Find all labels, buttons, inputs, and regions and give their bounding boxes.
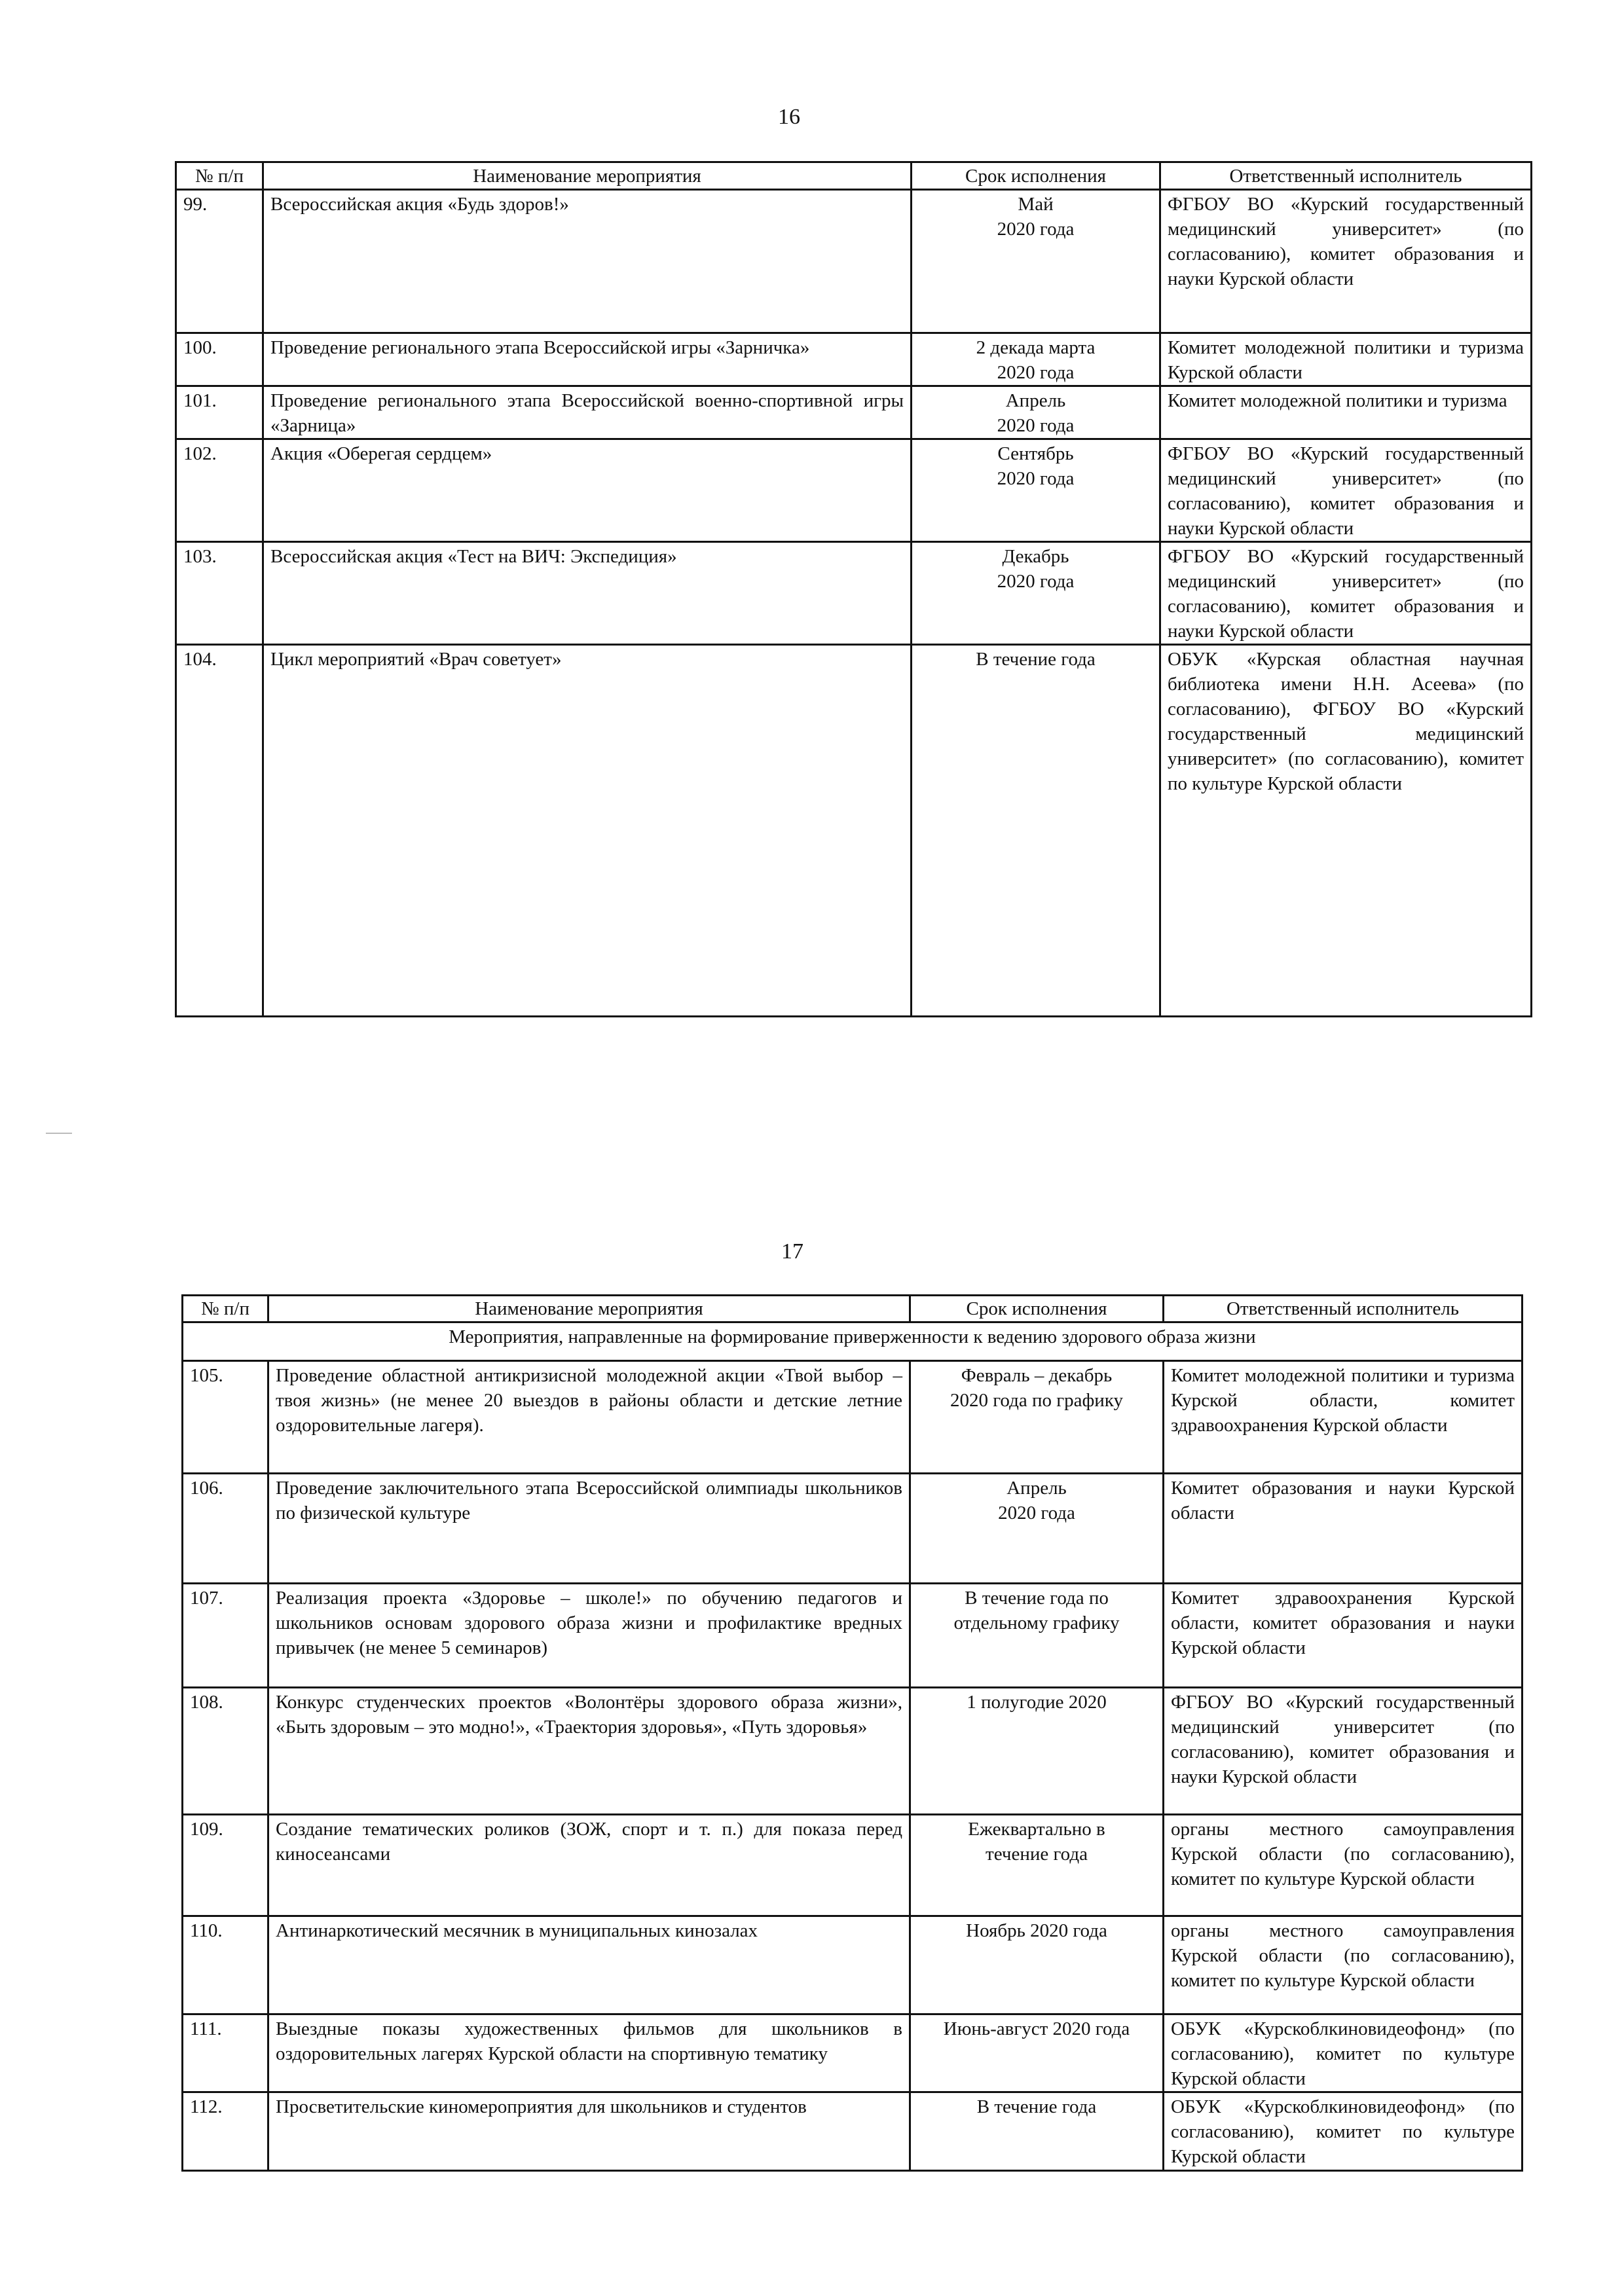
- col-header-term: Срок исполнения: [912, 162, 1160, 190]
- table-row: 99.Всероссийская акция «Будь здоров!»Май…: [176, 190, 1532, 333]
- event-responsible: ОБУК «Курскоблкиновидеофонд» (по согласо…: [1164, 2014, 1522, 2092]
- col-header-resp: Ответственный исполнитель: [1164, 1296, 1522, 1322]
- event-term: 1 полугодие 2020: [910, 1688, 1164, 1815]
- event-responsible: ФГБОУ ВО «Курский государственный медици…: [1160, 542, 1532, 645]
- event-name: Выездные показы художественных фильмов д…: [268, 2014, 910, 2092]
- row-number: 112.: [183, 2092, 268, 2171]
- scan-artifact: [46, 1133, 72, 1134]
- table-row: 103.Всероссийская акция «Тест на ВИЧ: Эк…: [176, 542, 1532, 645]
- col-header-num: № п/п: [183, 1296, 268, 1322]
- event-name: Проведение регионального этапа Всероссий…: [263, 333, 912, 386]
- event-term: Май 2020 года: [912, 190, 1160, 333]
- page-number: 17: [727, 1239, 858, 1264]
- event-name: Проведение регионального этапа Всероссий…: [263, 386, 912, 439]
- event-responsible: Комитет молодежной политики и туризма: [1160, 386, 1532, 439]
- event-name: Проведение заключительного этапа Всеросс…: [268, 1474, 910, 1584]
- section-title: Мероприятия, направленные на формировани…: [183, 1322, 1522, 1361]
- col-header-name: Наименование мероприятия: [263, 162, 912, 190]
- event-responsible: ФГБОУ ВО «Курский государственный медици…: [1160, 190, 1532, 333]
- section-row: Мероприятия, направленные на формировани…: [183, 1322, 1522, 1361]
- event-name: Цикл мероприятий «Врач советует»: [263, 645, 912, 1017]
- event-responsible: ФГБОУ ВО «Курский государственный медици…: [1160, 439, 1532, 542]
- col-header-name: Наименование мероприятия: [268, 1296, 910, 1322]
- event-term: Ноябрь 2020 года: [910, 1916, 1164, 2014]
- col-header-num: № п/п: [176, 162, 263, 190]
- table-header: № п/п Наименование мероприятия Срок испо…: [176, 162, 1532, 190]
- event-responsible: ОБУК «Курскоблкиновидеофонд» (по согласо…: [1164, 2092, 1522, 2171]
- table-header: № п/п Наименование мероприятия Срок испо…: [183, 1296, 1522, 1322]
- event-name: Создание тематических роликов (ЗОЖ, спор…: [268, 1815, 910, 1916]
- table-row: 104.Цикл мероприятий «Врач советует»В те…: [176, 645, 1532, 1017]
- event-name: Антинаркотический месячник в муниципальн…: [268, 1916, 910, 2014]
- event-term: В течение года: [910, 2092, 1164, 2171]
- event-name: Просветительские киномероприятия для шко…: [268, 2092, 910, 2171]
- table-row: 101.Проведение регионального этапа Всеро…: [176, 386, 1532, 439]
- table-row: 109.Создание тематических роликов (ЗОЖ, …: [183, 1815, 1522, 1916]
- event-term: Ежеквартально в течение года: [910, 1815, 1164, 1916]
- table-row: 108.Конкурс студенческих проектов «Волон…: [183, 1688, 1522, 1815]
- event-responsible: ФГБОУ ВО «Курский государственный медици…: [1164, 1688, 1522, 1815]
- row-number: 101.: [176, 386, 263, 439]
- table-row: 100.Проведение регионального этапа Всеро…: [176, 333, 1532, 386]
- row-number: 103.: [176, 542, 263, 645]
- event-term: Декабрь 2020 года: [912, 542, 1160, 645]
- event-name: Акция «Оберегая сердцем»: [263, 439, 912, 542]
- table-row: 106.Проведение заключительного этапа Все…: [183, 1474, 1522, 1584]
- row-number: 108.: [183, 1688, 268, 1815]
- row-number: 105.: [183, 1361, 268, 1474]
- event-term: В течение года по отдельному графику: [910, 1584, 1164, 1688]
- table-row: 110.Антинаркотический месячник в муницип…: [183, 1916, 1522, 2014]
- row-number: 110.: [183, 1916, 268, 2014]
- row-number: 100.: [176, 333, 263, 386]
- table-row: 112.Просветительские киномероприятия для…: [183, 2092, 1522, 2171]
- event-responsible: органы местного самоуправления Курской о…: [1164, 1815, 1522, 1916]
- event-term: Сентябрь 2020 года: [912, 439, 1160, 542]
- event-term: 2 декада марта 2020 года: [912, 333, 1160, 386]
- events-table-page-16: № п/п Наименование мероприятия Срок испо…: [175, 161, 1532, 1017]
- event-responsible: органы местного самоуправления Курской о…: [1164, 1916, 1522, 2014]
- events-table-page-17: № п/п Наименование мероприятия Срок испо…: [181, 1294, 1523, 2172]
- event-responsible: Комитет молодежной политики и туризма Ку…: [1164, 1361, 1522, 1474]
- col-header-resp: Ответственный исполнитель: [1160, 162, 1532, 190]
- event-responsible: ОБУК «Курская областная научная библиоте…: [1160, 645, 1532, 1017]
- row-number: 111.: [183, 2014, 268, 2092]
- row-number: 102.: [176, 439, 263, 542]
- event-responsible: Комитет молодежной политики и туризма Ку…: [1160, 333, 1532, 386]
- table-row: 111.Выездные показы художественных фильм…: [183, 2014, 1522, 2092]
- event-responsible: Комитет образования и науки Курской обла…: [1164, 1474, 1522, 1584]
- row-number: 106.: [183, 1474, 268, 1584]
- row-number: 99.: [176, 190, 263, 333]
- event-term: В течение года: [912, 645, 1160, 1017]
- event-name: Реализация проекта «Здоровье – школе!» п…: [268, 1584, 910, 1688]
- event-name: Всероссийская акция «Тест на ВИЧ: Экспед…: [263, 542, 912, 645]
- row-number: 109.: [183, 1815, 268, 1916]
- row-number: 107.: [183, 1584, 268, 1688]
- table-row: 107.Реализация проекта «Здоровье – школе…: [183, 1584, 1522, 1688]
- event-name: Конкурс студенческих проектов «Волонтёры…: [268, 1688, 910, 1815]
- event-term: Февраль – декабрь 2020 года по графику: [910, 1361, 1164, 1474]
- event-term: Апрель 2020 года: [910, 1474, 1164, 1584]
- event-responsible: Комитет здравоохранения Курской области,…: [1164, 1584, 1522, 1688]
- table-row: 102.Акция «Оберегая сердцем»Сентябрь 202…: [176, 439, 1532, 542]
- event-term: Апрель 2020 года: [912, 386, 1160, 439]
- page-number: 16: [724, 105, 855, 130]
- event-name: Проведение областной антикризисной молод…: [268, 1361, 910, 1474]
- col-header-term: Срок исполнения: [910, 1296, 1164, 1322]
- event-name: Всероссийская акция «Будь здоров!»: [263, 190, 912, 333]
- event-term: Июнь-август 2020 года: [910, 2014, 1164, 2092]
- table-row: 105.Проведение областной антикризисной м…: [183, 1361, 1522, 1474]
- row-number: 104.: [176, 645, 263, 1017]
